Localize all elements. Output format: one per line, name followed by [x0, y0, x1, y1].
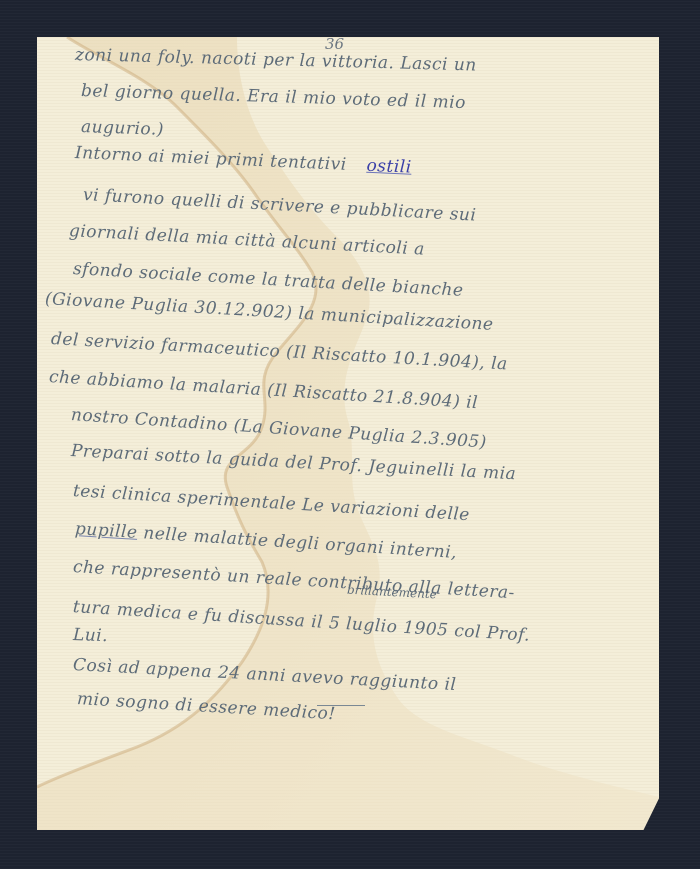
text-line-5: vi furono quelli di scrivere e pubblicar…: [82, 185, 476, 226]
text-line-18: Così ad appena 24 anni avevo raggiunto i…: [72, 655, 456, 695]
text-line-9: del servizio farmaceutico (Il Riscatto 1…: [50, 329, 508, 374]
text-line-17: Lui.: [73, 625, 109, 646]
closing-dash: [317, 705, 365, 706]
accent-word: ostili: [366, 156, 412, 178]
page-number: 36: [325, 37, 344, 53]
text-line-14: pupille nelle malattie degli organi inte…: [74, 519, 457, 563]
text-line-1: zoni una foly. nacoti per la vittoria. L…: [75, 45, 477, 76]
text-line-13: tesi clinica sperimentale Le variazioni …: [72, 481, 470, 525]
text-line-15: che rappresentò un reale contributo alla…: [72, 557, 515, 603]
letter-page: 36 zoni una foly. nacoti per la vittoria…: [37, 37, 659, 830]
text-line-10: che abbiamo la malaria (Il Riscatto 21.8…: [48, 367, 478, 413]
text-line-2: bel giorno quella. Era il mio voto ed il…: [81, 81, 466, 113]
underlined-word: pupille: [74, 519, 138, 543]
text-line-3: augurio.): [81, 117, 165, 140]
text-line-14-rest: nelle malattie degli organi interni,: [143, 523, 458, 563]
text-line-16: tura medica e fu discussa il 5 luglio 19…: [72, 597, 530, 646]
text-line-19: mio sogno di essere medico!: [76, 689, 336, 724]
text-line-4-main: Intorno ai miei primi tentativi: [75, 143, 348, 175]
text-line-6: giornali della mia città alcuni articoli…: [68, 221, 425, 260]
text-line-4: Intorno ai miei primi tentativi ostili: [75, 143, 412, 178]
